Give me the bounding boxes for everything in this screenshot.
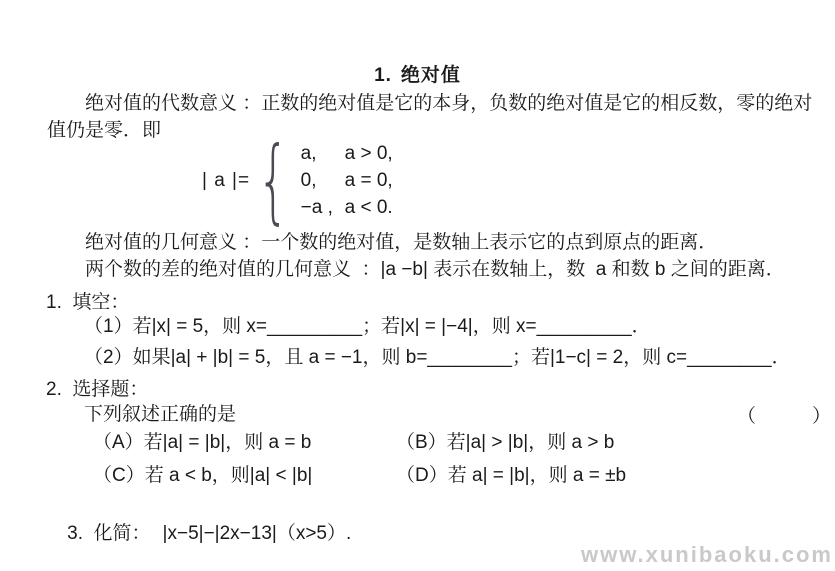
formula-row: 0, a = 0, (301, 170, 393, 192)
question-1-heading: 1. 填空： (46, 291, 129, 314)
formula-row: a, a > 0, (301, 143, 393, 165)
option-b: （B）若|a| > |b|，则 a > b (396, 431, 614, 454)
left-brace-icon: { (257, 139, 289, 223)
worksheet-page: 1.绝对值 绝对值的代数意义 ：正数的绝对值是它的本身，负数的绝对值是它的相反数… (0, 0, 835, 571)
question-3-expression: |x−5|−|2x−13|（x>5）. (163, 523, 352, 544)
piecewise-formula: | a |= { a, a > 0, 0, a = 0, −a , a < 0. (202, 139, 393, 223)
page-title: 1.绝对值 (0, 60, 835, 87)
intro-line-1: 绝对值的代数意义 ：正数的绝对值是它的本身，负数的绝对值是它的相反数，零的绝对 (85, 92, 812, 115)
formula-condition: a < 0. (345, 197, 393, 219)
formula-row: −a , a < 0. (301, 197, 393, 219)
formula-value: −a , (301, 197, 345, 219)
formula-lhs: | a |= (202, 170, 250, 192)
formula-rows: a, a > 0, 0, a = 0, −a , a < 0. (301, 143, 393, 219)
formula-condition: a > 0, (345, 143, 393, 165)
question-2-heading: 2. 选择题： (46, 378, 148, 401)
intro-line-2: 值仍是零．即 (47, 119, 161, 142)
question-2-stem: 下列叙述正确的是 (84, 403, 236, 426)
option-c: （C）若 a < b，则|a| < |b| (93, 464, 312, 487)
geometric-meaning-line: 绝对值的几何意义 ：一个数的绝对值，是数轴上表示它的点到原点的距离． (85, 231, 717, 254)
title-number: 1. (374, 65, 392, 86)
question-1-item-1: （1）若|x| = 5，则 x=_________；若|x| = |−4|，则 … (84, 315, 651, 338)
option-d: （D）若 a| = |b|，则 a = ±b (396, 464, 626, 487)
formula-value: 0, (301, 170, 345, 192)
watermark: www.xunibaoku.com (581, 542, 833, 568)
difference-meaning-line: 两个数的差的绝对值的几何意义 ：|a −b| 表示在数轴上，数 a 和数 b 之… (85, 258, 785, 281)
question-3-heading: 3. 化简： (67, 523, 150, 544)
question-1-item-2: （2）如果|a| + |b| = 5，且 a = −1，则 b=________… (84, 346, 791, 369)
formula-value: a, (301, 143, 345, 165)
formula-condition: a = 0, (345, 170, 393, 192)
title-text: 绝对值 (401, 65, 461, 86)
question-3-line: 3. 化简：|x−5|−|2x−13|（x>5）. (46, 499, 351, 568)
answer-blank-parens: （ ） (737, 401, 835, 428)
option-a: （A）若|a| = |b|，则 a = b (93, 431, 311, 454)
